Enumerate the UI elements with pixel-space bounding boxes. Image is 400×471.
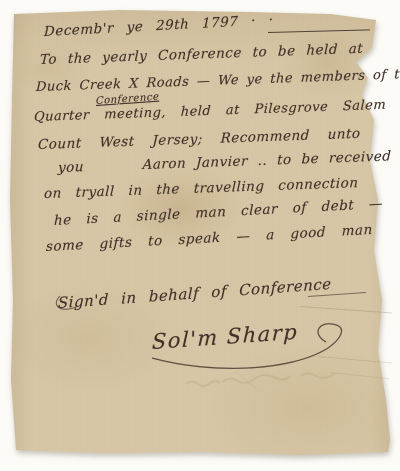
scanned-letter-photo: Decemb'r ye 29th 1797 · · To the yearly … xyxy=(0,0,400,471)
ink-bleedthrough xyxy=(0,0,400,471)
